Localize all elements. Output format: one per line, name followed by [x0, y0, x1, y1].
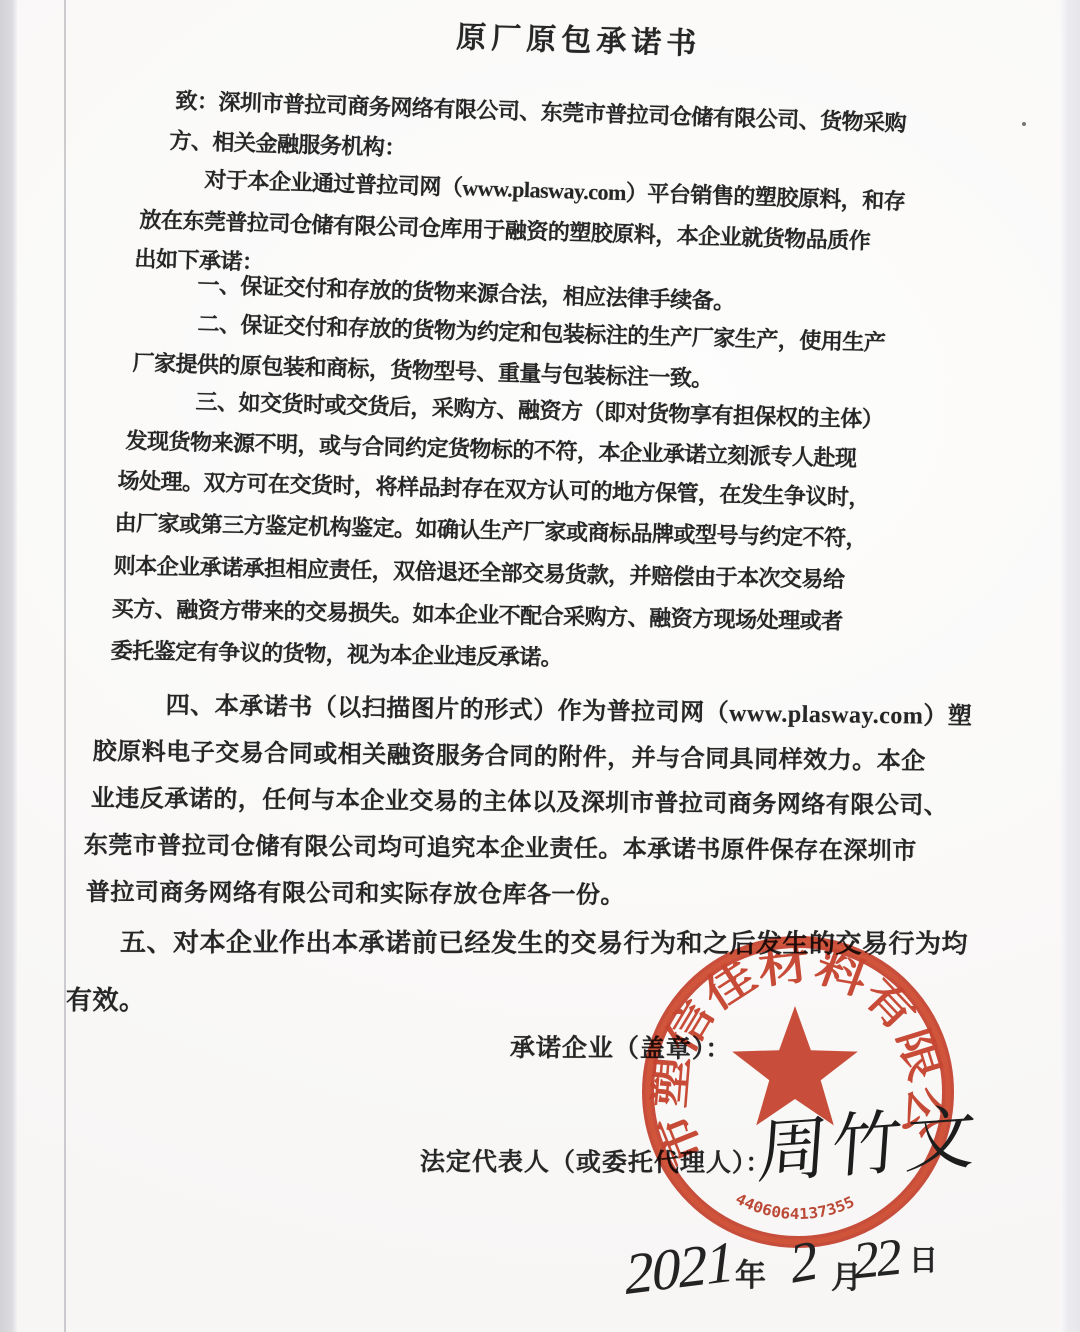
document-line: 有效。	[66, 980, 146, 1017]
scan-left-edge	[0, 0, 17, 1332]
date-day-unit: 日	[909, 1238, 938, 1279]
date-year-handwriting: 2021	[622, 1227, 738, 1309]
scan-speck	[1022, 122, 1026, 126]
document-line: 业违反承诺的，任何与本企业交易的主体以及深圳市普拉司商务网络有限公司、	[91, 778, 949, 820]
document-title: 原厂原包承诺书	[456, 12, 702, 63]
document-line: 四、本承诺书（以扫描图片的形式）作为普拉司网（www.plasway.com）塑	[166, 685, 973, 731]
document-line: 买方、融资方带来的交易损失。如本企业不配合采购方、融资方现场处理或者	[111, 592, 842, 636]
document-line: 东莞市普拉司仓储有限公司均可追究本企业责任。本承诺书原件保存在深圳市	[84, 825, 917, 866]
scan-right-edge	[1060, 0, 1080, 1332]
document-line: 胶原料电子交易合同或相关融资服务合同的附件，并与合同具同样效力。本企	[93, 731, 926, 776]
document-line: 二、保证交付和存放的货物为约定和包装标注的生产厂家生产，使用生产	[197, 307, 886, 357]
signature-handwriting: 周竹文	[755, 1081, 984, 1198]
date-day-handwriting: 22	[852, 1227, 902, 1292]
document-line: 则本企业承诺承担相应责任，双倍退还全部交易货款，并赔偿由于本次交易给	[113, 549, 844, 594]
scan-left-fold-line	[64, 0, 66, 1332]
document-line: 场处理。双方可在交货时，将样品封存在双方认可的地方保管，在发生争议时，	[117, 464, 870, 512]
document-line: 三、如交货时或交货后，采购方、融资方（即对货物享有担保权的主体）	[195, 385, 884, 434]
document-line: 方、相关金融服务机构：	[169, 124, 406, 162]
date-month-handwriting: 2	[790, 1227, 820, 1297]
document-line: 委托鉴定有争议的货物，视为本企业违反承诺。	[111, 634, 563, 672]
scanned-page: 原厂原包承诺书 致：深圳市普拉司商务网络有限公司、东莞市普拉司仓储有限公司、货物…	[0, 0, 1080, 1332]
date-year-unit: 年	[735, 1250, 766, 1295]
document-line: 由厂家或第三方鉴定机构鉴定。如确认生产厂家或商标品牌或型号与约定不符，	[114, 506, 867, 553]
document-line: 发现货物来源不明，或与合同约定货物标的不符，本企业承诺立刻派专人赴现	[125, 424, 857, 473]
document-line: 普拉司商务网络有限公司和实际存放仓库各一份。	[86, 872, 625, 910]
